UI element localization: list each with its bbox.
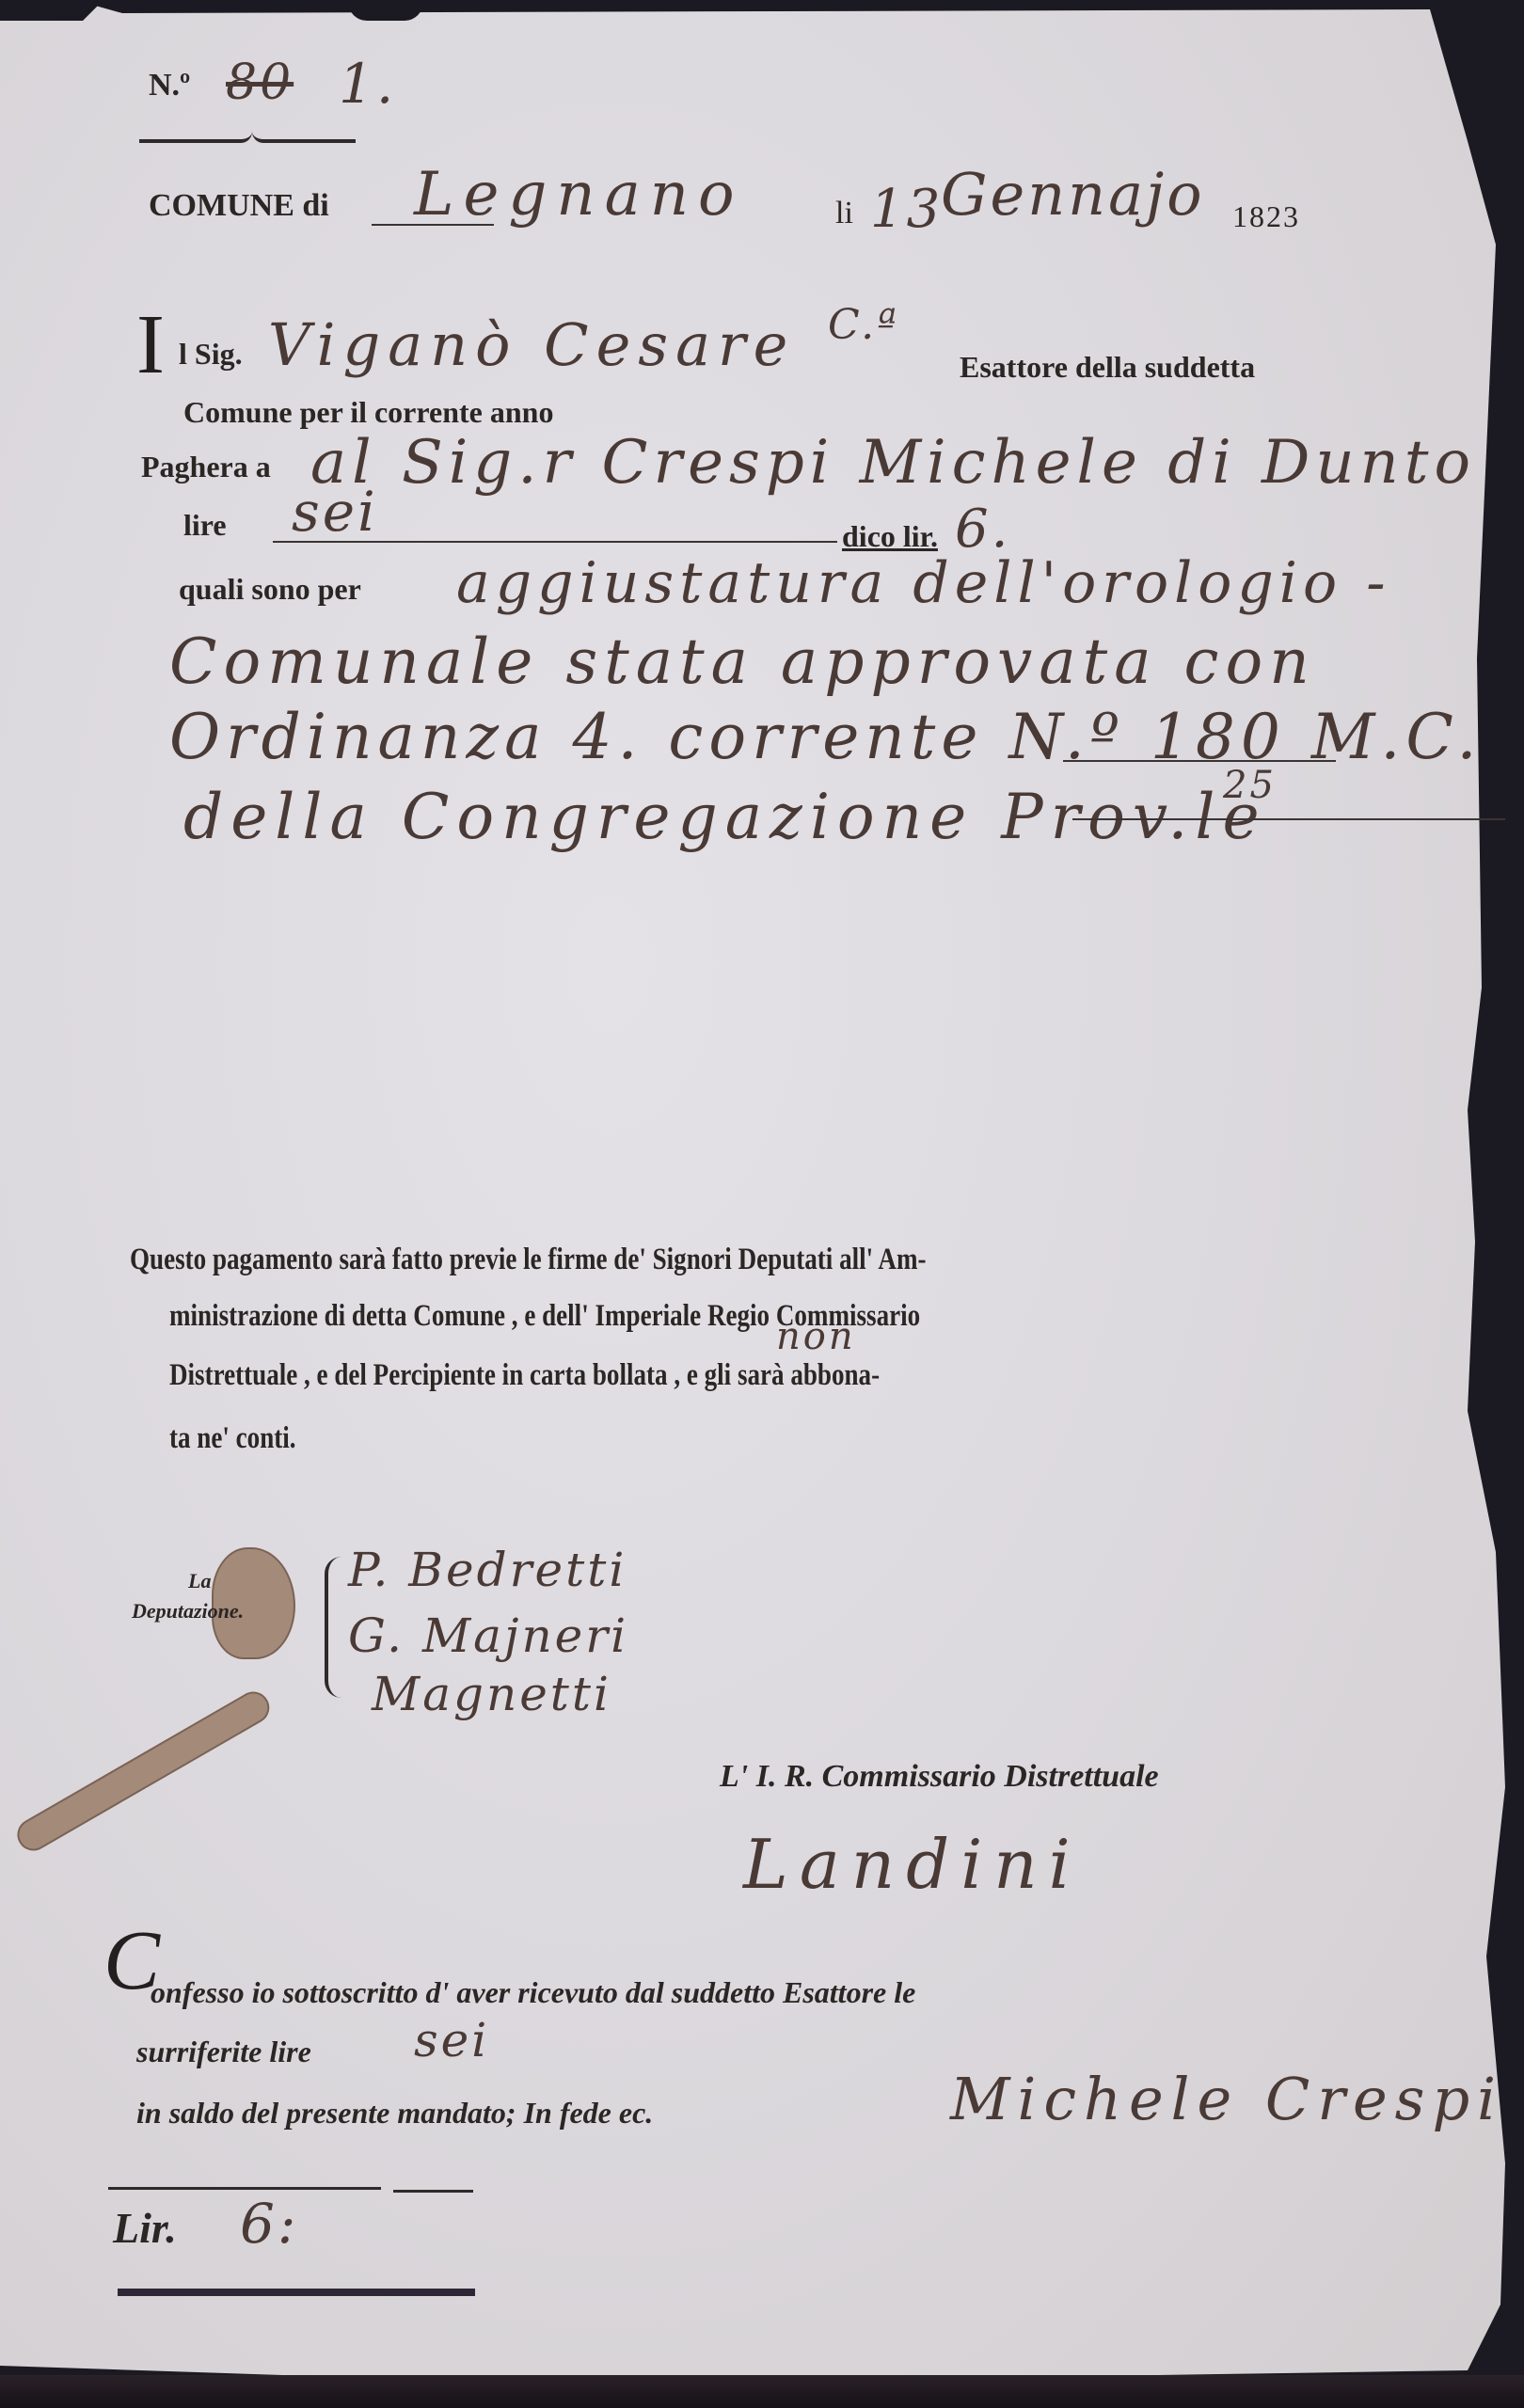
receipt-line-2-prefix: surriferite lire	[136, 2035, 311, 2069]
number-struck: 80	[226, 55, 294, 111]
sig-dropcap: I	[136, 303, 165, 388]
commissioner-title: L' I. R. Commissario Distrettuale	[720, 1759, 1159, 1795]
total-value: 6:	[240, 2192, 298, 2256]
dico-label: dico lir.	[842, 519, 938, 554]
comune-year-line: Comune per il corrente anno	[183, 395, 553, 430]
purpose-line-4: della Congregazione Prov.le	[183, 781, 1267, 853]
total-top-rule-2	[393, 2190, 473, 2193]
number-value: 1.	[339, 52, 396, 116]
conditions-line-4: ta ne' conti.	[169, 1411, 296, 1465]
exactor-role: Esattore della suddetta	[960, 350, 1255, 385]
conditions-line-3: Distrettuale , e del Percipiente in cart…	[169, 1348, 880, 1402]
ordinance-underline	[1063, 760, 1336, 762]
purpose-line-3: Ordinanza 4. corrente N.º 180 M.C.	[169, 701, 1483, 773]
purpose-line-2: Comunale stata approvata con	[169, 626, 1316, 698]
receipt-signature: Michele Crespi	[950, 2065, 1503, 2133]
commissioner-signature: Landini	[743, 1825, 1082, 1904]
conditions-line-1: Questo pagamento sarà fatto previe le fi…	[130, 1232, 927, 1287]
brace-underline	[139, 132, 252, 143]
sig-label: l Sig.	[179, 337, 243, 372]
comune-label: COMUNE di	[149, 188, 329, 224]
paper-tear	[348, 0, 423, 21]
total-bottom-rule	[118, 2289, 475, 2296]
payee-name: al Sig.r Crespi Michele di Dunto	[310, 428, 1476, 498]
deputy-signature-1: P. Bedretti	[348, 1543, 627, 1597]
date-day: 13	[870, 179, 943, 240]
purpose-label: quali sono per	[179, 572, 361, 607]
date-month: Gennajo	[941, 160, 1205, 229]
lire-words: sei	[292, 480, 378, 544]
date-prefix: li	[835, 196, 853, 231]
deputation-label-1: La	[188, 1569, 211, 1593]
deputation-label-2: Deputazione.	[132, 1599, 244, 1624]
receipt-line-1: onfesso io sottoscritto d' aver ricevuto…	[151, 1975, 915, 2010]
deputation-brace	[325, 1557, 341, 1698]
total-top-rule	[108, 2187, 381, 2190]
number-label: N.º	[149, 68, 190, 103]
background-bottom	[0, 2375, 1524, 2408]
lire-label: lire	[183, 508, 227, 543]
pay-label: Paghera a	[141, 450, 271, 484]
receipt-amount-words: sei	[414, 2013, 489, 2067]
lire-rule	[273, 541, 837, 543]
receipt-line-3: in saldo del presente mandato; In fede e…	[136, 2096, 653, 2131]
total-label: Lir.	[113, 2203, 177, 2253]
purpose-line-1: aggiustatura dell'orologio -	[456, 550, 1390, 616]
date-year: 1823	[1232, 199, 1300, 234]
brace-underline-right	[252, 132, 356, 143]
closing-rule	[1072, 818, 1505, 820]
deputy-signature-3: Magnetti	[372, 1667, 611, 1721]
deputy-signature-2: G. Majneri	[348, 1608, 628, 1663]
exactor-suffix: C.ª	[828, 301, 899, 349]
exactor-name: Viganò Cesare	[268, 310, 795, 379]
comune-name: Legnano	[414, 160, 743, 230]
